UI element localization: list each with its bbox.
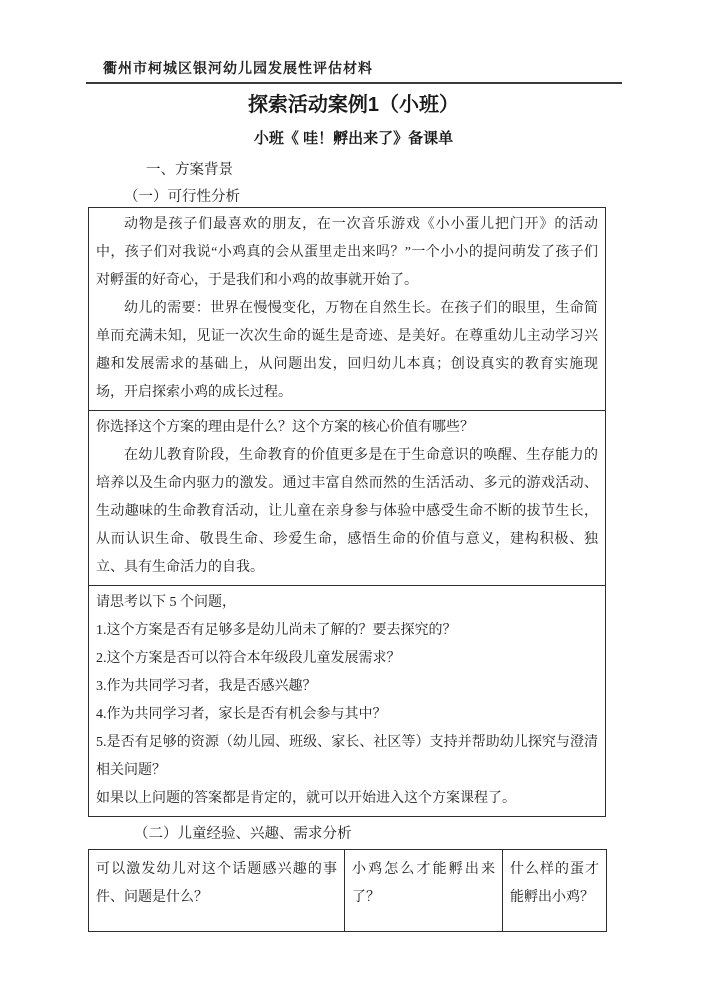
table-row: 请思考以下 5 个问题， 1.这个方案是否有足够多是幼儿尚未了解的？要去探究的？…: [89, 586, 606, 817]
interest-cell-which-egg: 什么样的蛋才能孵出小鸡？: [503, 850, 607, 932]
prompt-why-choose: 你选择这个方案的理由是什么？这个方案的核心价值有哪些？: [96, 414, 598, 442]
section-heading-experience-analysis: （二）儿童经验、兴趣、需求分析: [134, 822, 352, 843]
table-row: 可以激发幼儿对这个话题感兴趣的事件、问题是什么？ 小鸡怎么才能孵出来了？ 什么样…: [89, 850, 607, 932]
question-item-3: 3.作为共同学习者，我是否感兴趣？: [96, 673, 598, 701]
document-title: 探索活动案例1（小班）: [0, 88, 707, 117]
document-subtitle: 小班《 哇！孵出来了》备课单: [0, 127, 707, 148]
question-item-2: 2.这个方案是否可以符合本年级段儿童发展需求？: [96, 645, 598, 673]
paragraph-children-needs: 幼儿的需要：世界在慢慢变化，万物在自然生长。在孩子们的眼里，生命简单而充满未知，…: [96, 295, 598, 407]
feasibility-table: 动物是孩子们最喜欢的朋友，在一次音乐游戏《小小蛋儿把门开》的活动中，孩子们对我说…: [88, 207, 606, 817]
header-org-title: 衢州市柯城区银河幼儿园发展性评估材料: [86, 58, 622, 78]
feasibility-cell-value: 你选择这个方案的理由是什么？这个方案的核心价值有哪些？ 在幼儿教育阶段，生命教育…: [89, 411, 606, 586]
interest-cell-how-hatch: 小鸡怎么才能孵出来了？: [345, 850, 503, 932]
section-heading-feasibility: （一）可行性分析: [124, 185, 240, 206]
page-header: 衢州市柯城区银河幼儿园发展性评估材料: [86, 58, 622, 84]
interest-cell-trigger-question: 可以激发幼儿对这个话题感兴趣的事件、问题是什么？: [89, 850, 345, 932]
feasibility-cell-questions: 请思考以下 5 个问题， 1.这个方案是否有足够多是幼儿尚未了解的？要去探究的？…: [89, 586, 606, 817]
questions-intro: 请思考以下 5 个问题，: [96, 589, 598, 617]
question-item-5: 5.是否有足够的资源（幼儿园、班级、家长、社区等）支持并帮助幼儿探究与澄清相关问…: [96, 729, 598, 785]
section-heading-background: 一、方案背景: [146, 158, 233, 179]
table-row: 你选择这个方案的理由是什么？这个方案的核心价值有哪些？ 在幼儿教育阶段，生命教育…: [89, 411, 606, 586]
question-item-1: 1.这个方案是否有足够多是幼儿尚未了解的？要去探究的？: [96, 617, 598, 645]
paragraph-life-education-value: 在幼儿教育阶段，生命教育的价值更多是在于生命意识的唤醒、生存能力的培养以及生命内…: [96, 442, 598, 582]
document-page: 衢州市柯城区银河幼儿园发展性评估材料 探索活动案例1（小班） 小班《 哇！孵出来…: [0, 0, 707, 999]
paragraph-activity-origin: 动物是孩子们最喜欢的朋友，在一次音乐游戏《小小蛋儿把门开》的活动中，孩子们对我说…: [96, 211, 598, 295]
feasibility-cell-background: 动物是孩子们最喜欢的朋友，在一次音乐游戏《小小蛋儿把门开》的活动中，孩子们对我说…: [89, 208, 606, 411]
table-row: 动物是孩子们最喜欢的朋友，在一次音乐游戏《小小蛋儿把门开》的活动中，孩子们对我说…: [89, 208, 606, 411]
question-item-4: 4.作为共同学习者，家长是否有机会参与其中？: [96, 701, 598, 729]
questions-outro: 如果以上问题的答案都是肯定的，就可以开始进入这个方案课程了。: [96, 785, 598, 813]
interest-analysis-table: 可以激发幼儿对这个话题感兴趣的事件、问题是什么？ 小鸡怎么才能孵出来了？ 什么样…: [88, 849, 607, 932]
